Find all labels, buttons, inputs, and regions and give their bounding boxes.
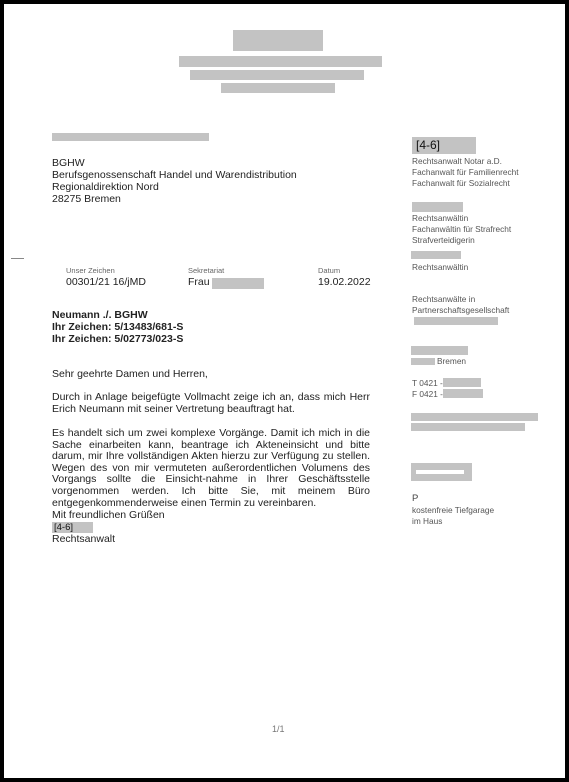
contact-line-2-redaction bbox=[411, 423, 525, 431]
subject-line-1: Neumann ./. BGHW bbox=[52, 310, 148, 322]
recipient-line-4: 28275 Bremen bbox=[52, 194, 121, 206]
city: Bremen bbox=[437, 356, 466, 366]
phone-redaction bbox=[443, 378, 481, 387]
letterhead-line-2-redaction bbox=[190, 70, 364, 80]
unser-zeichen-label: Unser Zeichen bbox=[66, 266, 115, 275]
firm-line-1: Rechtsanwälte in bbox=[412, 294, 475, 304]
recipient-line-3: Regionaldirektion Nord bbox=[52, 182, 159, 194]
logo-box-inner bbox=[416, 470, 464, 474]
subject-line-3: Ihr Zeichen: 5/02773/023-S bbox=[52, 334, 183, 346]
datum-label: Datum bbox=[318, 266, 340, 275]
page-number: 1/1 bbox=[272, 724, 285, 734]
lawyer2-name-redaction bbox=[412, 202, 463, 212]
fax-redaction bbox=[443, 389, 483, 398]
datum-value: 19.02.2022 bbox=[318, 277, 371, 289]
lawyer2-line-3: Strafverteidigerin bbox=[412, 235, 475, 245]
lawyer1-tag: [4-6] bbox=[412, 137, 476, 154]
letterhead-logo-redaction bbox=[233, 30, 323, 51]
fax-label: F 0421 - bbox=[412, 389, 443, 399]
recipient-line-1: BGHW bbox=[52, 158, 85, 170]
sekretariat-label: Sekretariat bbox=[188, 266, 224, 275]
return-address-redaction bbox=[52, 133, 209, 141]
parking-line-1: kostenfreie Tiefgarage bbox=[412, 505, 494, 515]
logo-box-redaction bbox=[411, 463, 472, 481]
phone-label: T 0421 - bbox=[412, 378, 443, 388]
lawyer3-line-1: Rechtsanwältin bbox=[412, 262, 468, 272]
sekretariat-name-redaction bbox=[212, 278, 264, 289]
paragraph-1: Durch in Anlage beigefügte Vollmacht zei… bbox=[52, 392, 370, 415]
lawyer2-line-1: Rechtsanwältin bbox=[412, 213, 468, 223]
lawyer1-line-1: Rechtsanwalt Notar a.D. bbox=[412, 156, 502, 166]
recipient-line-2: Berufsgenossenschaft Handel und Warendis… bbox=[52, 170, 297, 182]
parking-symbol: P bbox=[412, 494, 418, 504]
closing: Mit freundlichen Grüßen bbox=[52, 510, 165, 522]
contact-line-1-redaction bbox=[411, 413, 538, 421]
street-redaction bbox=[411, 346, 468, 355]
letter-page: BGHW Berufsgenossenschaft Handel und War… bbox=[4, 4, 565, 778]
lawyer1-line-3: Fachanwalt für Sozialrecht bbox=[412, 178, 510, 188]
paragraph-2: Es handelt sich um zwei komplexe Vorgäng… bbox=[52, 428, 370, 509]
zip-redaction bbox=[411, 358, 435, 365]
letterhead-line-1-redaction bbox=[179, 56, 382, 67]
letterhead-line-3-redaction bbox=[221, 83, 335, 93]
firm-registration-redaction bbox=[414, 317, 498, 325]
signature-title: Rechtsanwalt bbox=[52, 534, 115, 546]
lawyer3-name-redaction bbox=[411, 251, 461, 259]
subject-line-2: Ihr Zeichen: 5/13483/681-S bbox=[52, 322, 183, 334]
fold-mark bbox=[11, 258, 24, 259]
lawyer1-line-2: Fachanwalt für Familienrecht bbox=[412, 167, 519, 177]
firm-line-2: Partnerschaftsgesellschaft bbox=[412, 305, 509, 315]
signature-tag: [4-6] bbox=[52, 522, 93, 533]
lawyer2-line-2: Fachanwältin für Strafrecht bbox=[412, 224, 511, 234]
salutation: Sehr geehrte Damen und Herren, bbox=[52, 369, 208, 381]
unser-zeichen-value: 00301/21 16/jMD bbox=[66, 277, 146, 289]
sekretariat-value: Frau bbox=[188, 277, 210, 289]
parking-line-2: im Haus bbox=[412, 516, 442, 526]
